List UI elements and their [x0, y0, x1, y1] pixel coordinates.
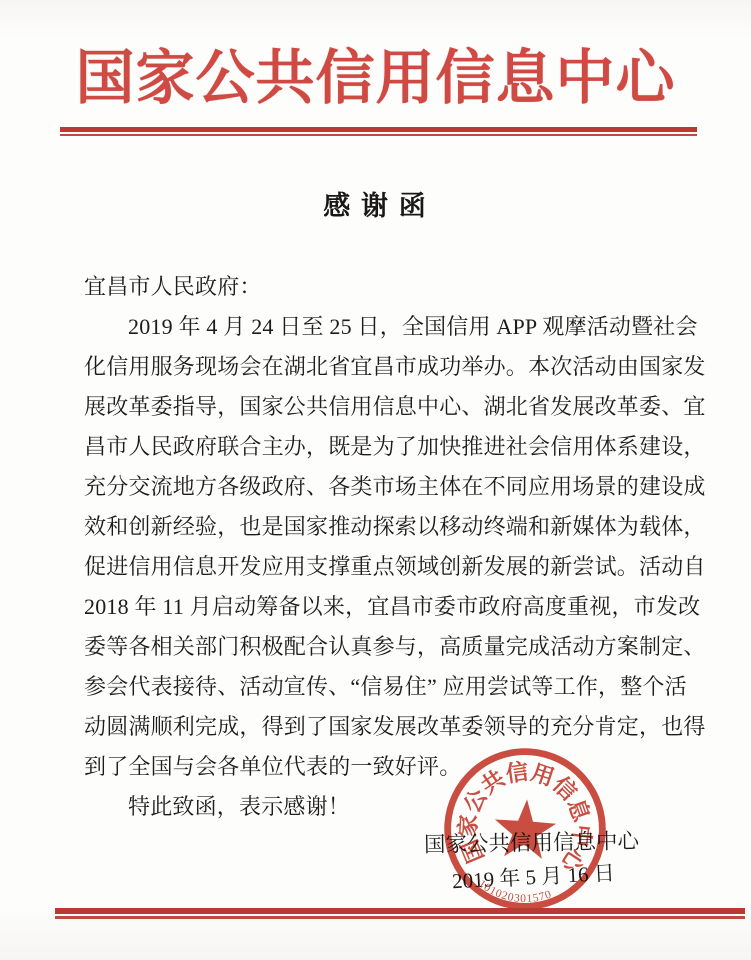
letterhead-org-name: 国家公共信用信息中心 — [0, 30, 751, 115]
paragraph-line: 充分交流地方各级政府、各类市场主体在不同应用场景的建设成 — [84, 467, 680, 507]
paragraph-line: 动圆满顺利完成，得到了国家发展改革委领导的充分肯定，也得 — [84, 707, 680, 747]
scanned-letter-page: 国家公共信用信息中心 感 谢 函 宜昌市人民政府： 2019 年 4 月 24 … — [0, 0, 751, 960]
closing-line: 特此致函，表示感谢！ — [84, 787, 680, 827]
paragraph-line: 展改革委指导，国家公共信用信息中心、湖北省发展改革委、宜 — [84, 387, 680, 427]
footer-divider-rule — [55, 908, 745, 919]
footer-rule-thick-line — [55, 908, 745, 914]
document-title: 感 谢 函 — [0, 184, 751, 223]
letter-body: 宜昌市人民政府： 2019 年 4 月 24 日至 25 日，全国信用 APP … — [84, 267, 680, 827]
paragraph-line: 化信用服务现场会在湖北省宜昌市成功举办。本次活动由国家发 — [84, 347, 680, 387]
signature-date: 2019 年 5 月 16 日 — [451, 857, 615, 895]
paragraph-line: 参会代表接待、活动宣传、“信易住” 应用尝试等工作，整个活 — [84, 667, 680, 707]
paragraph-line: 2019 年 4 月 24 日至 25 日，全国信用 APP 观摩活动暨社会 — [84, 307, 680, 347]
paragraph-line: 效和创新经验，也是国家推动探索以移动终端和新媒体为载体， — [84, 507, 680, 547]
header-rule-thick-line — [60, 127, 697, 132]
signature-org-name: 国家公共信用信息中心 — [424, 824, 640, 859]
paragraph-line: 委等各相关部门积极配合认真参与，高质量完成活动方案制定、 — [84, 627, 680, 667]
salutation: 宜昌市人民政府： — [84, 267, 680, 307]
header-divider-rule — [60, 127, 697, 136]
paragraph-line: 2018 年 11 月启动筹备以来，宜昌市委市政府高度重视，市发改 — [84, 587, 680, 627]
paragraph-line: 到了全国与会各单位代表的一致好评。 — [84, 747, 680, 787]
paragraph-line: 昌市人民政府联合主办，既是为了加快推进社会信用体系建设， — [84, 427, 680, 467]
footer-rule-thin-line — [55, 916, 745, 919]
header-rule-thin-line — [60, 134, 697, 136]
paragraph-line: 促进信用信息开发应用支撑重点领域创新发展的新尝试。活动自 — [84, 547, 680, 587]
